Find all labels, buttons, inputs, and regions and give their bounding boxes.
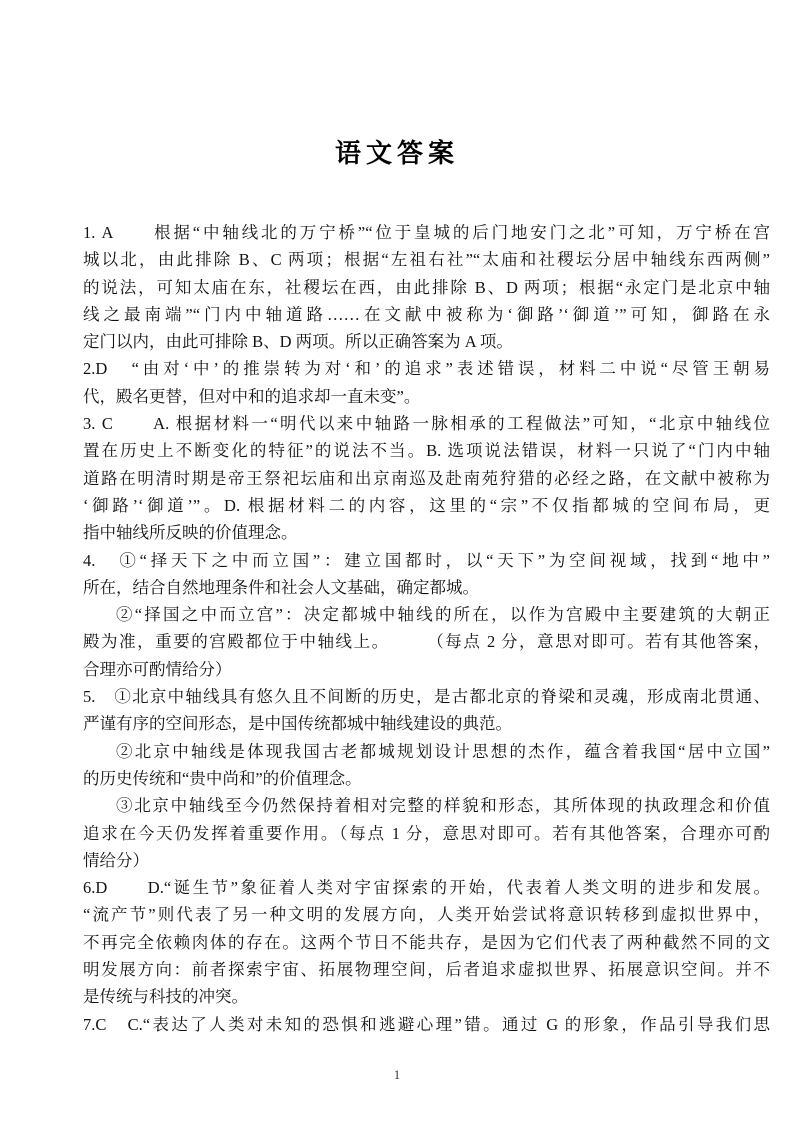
answer-block-5: 5. ①北京中轴线具有悠久且不间断的历史，是古都北京的脊梁和灵魂，形成南北贯通、… bbox=[83, 683, 770, 874]
text-line: 5. ①北京中轴线具有悠久且不间断的历史，是古都北京的脊梁和灵魂，形成南北贯通、 bbox=[83, 683, 770, 710]
answer-block-2: 2.D “由对‘中’的推崇转为对‘和’的追求”表述错误，材料二中说“尽管王朝易代… bbox=[83, 355, 770, 410]
text-line: 的历史传统和“贵中尚和”的价值理念。 bbox=[83, 765, 770, 792]
text-line: 合理亦可酌情给分） bbox=[83, 656, 770, 683]
text-line: 定门以内，由此可排除 B、D 两项。所以正确答案为 A 项。 bbox=[83, 328, 770, 355]
text-line: 追求在今天仍发挥着重要作用。（每点 1 分，意思对即可。若有其他答案，合理亦可酌 bbox=[83, 820, 770, 847]
document-page: 语文答案 1. A 根据“中轴线北的万宁桥”“位于皇城的后门地安门之北”可知，万… bbox=[0, 0, 794, 1123]
text-line: 代，殿名更替，但对中和的追求却一直未变”。 bbox=[83, 383, 770, 410]
text-line: 不再完全依赖肉体的存在。这两个节日不能共存，是因为它们代表了两种截然不同的文 bbox=[83, 929, 770, 956]
text-line: 城以北，由此排除 B、C 两项；根据“左祖右社”“太庙和社稷坛分居中轴线东西两侧… bbox=[83, 246, 770, 273]
page-number: 1 bbox=[0, 1068, 794, 1083]
text-line: 置在历史上不断变化的特征”的说法不当。B. 选项说法错误，材料一只说了“门内中轴 bbox=[83, 437, 770, 464]
text-line: 指中轴线所反映的价值理念。 bbox=[83, 519, 770, 546]
text-line: 严谨有序的空间形态，是中国传统都城中轴线建设的典范。 bbox=[83, 710, 770, 737]
text-line: ‘御路’‘御道’”。D. 根据材料二的内容，这里的“宗”不仅指都城的空间布局，更 bbox=[83, 492, 770, 519]
text-line: ②北京中轴线是体现我国古老都城规划设计思想的杰作，蕴含着我国“居中立国” bbox=[83, 738, 770, 765]
answer-block-3: 3. C A. 根据材料一“明代以来中轴路一脉相承的工程做法”可知，“北京中轴线… bbox=[83, 410, 770, 546]
text-line: 的说法，可知太庙在东，社稷坛在西，由此排除 B、D 两项；根据“永定门是北京中轴 bbox=[83, 274, 770, 301]
text-line: 2.D “由对‘中’的推崇转为对‘和’的追求”表述错误，材料二中说“尽管王朝易 bbox=[83, 355, 770, 382]
text-line: 殿为准，重要的宫殿都位于中轴线上。 （每点 2 分，意思对即可。若有其他答案， bbox=[83, 628, 770, 655]
text-line: 6.D D.“诞生节”象征着人类对宇宙探索的开始，代表着人类文明的进步和发展。 bbox=[83, 874, 770, 901]
text-line: 明发展方向：前者探索宇宙、拓展物理空间，后者追求虚拟世界、拓展意识空间。并不 bbox=[83, 956, 770, 983]
answer-block-1: 1. A 根据“中轴线北的万宁桥”“位于皇城的后门地安门之北”可知，万宁桥在宫城… bbox=[83, 219, 770, 355]
page-title: 语文答案 bbox=[0, 133, 794, 170]
text-line: ②“择国之中而立宫”：决定都城中轴线的所在，以作为宫殿中主要建筑的大朝正 bbox=[83, 601, 770, 628]
text-line: 是传统与科技的冲突。 bbox=[83, 983, 770, 1010]
text-line: 7.C C.“表达了人类对未知的恐惧和逃避心理”错。通过 G 的形象，作品引导我… bbox=[83, 1011, 770, 1038]
text-line: 4. ①“择天下之中而立国”：建立国都时，以“天下”为空间视域，找到“地中” bbox=[83, 547, 770, 574]
text-line: 1. A 根据“中轴线北的万宁桥”“位于皇城的后门地安门之北”可知，万宁桥在宫 bbox=[83, 219, 770, 246]
text-line: 所在，结合自然地理条件和社会人文基础，确定都城。 bbox=[83, 574, 770, 601]
answer-block-4: 4. ①“择天下之中而立国”：建立国都时，以“天下”为空间视域，找到“地中”所在… bbox=[83, 547, 770, 683]
text-line: ③北京中轴线至今仍然保持着相对完整的样貌和形态，其所体现的执政理念和价值 bbox=[83, 792, 770, 819]
text-line: 3. C A. 根据材料一“明代以来中轴路一脉相承的工程做法”可知，“北京中轴线… bbox=[83, 410, 770, 437]
text-line: 情给分） bbox=[83, 847, 770, 874]
text-line: “流产节”则代表了另一种文明的发展方向，人类开始尝试将意识转移到虚拟世界中， bbox=[83, 901, 770, 928]
text-line: 道路在明清时期是帝王祭祀坛庙和出京南巡及赴南苑狩猎的必经之路，在文献中被称为 bbox=[83, 465, 770, 492]
answer-block-7: 7.C C.“表达了人类对未知的恐惧和逃避心理”错。通过 G 的形象，作品引导我… bbox=[83, 1011, 770, 1038]
text-line: 线之最南端”“门内中轴道路……在文献中被称为‘御路’‘御道’”可知，御路在永 bbox=[83, 301, 770, 328]
answer-content: 1. A 根据“中轴线北的万宁桥”“位于皇城的后门地安门之北”可知，万宁桥在宫城… bbox=[83, 219, 770, 1038]
answer-block-6: 6.D D.“诞生节”象征着人类对宇宙探索的开始，代表着人类文明的进步和发展。“… bbox=[83, 874, 770, 1010]
